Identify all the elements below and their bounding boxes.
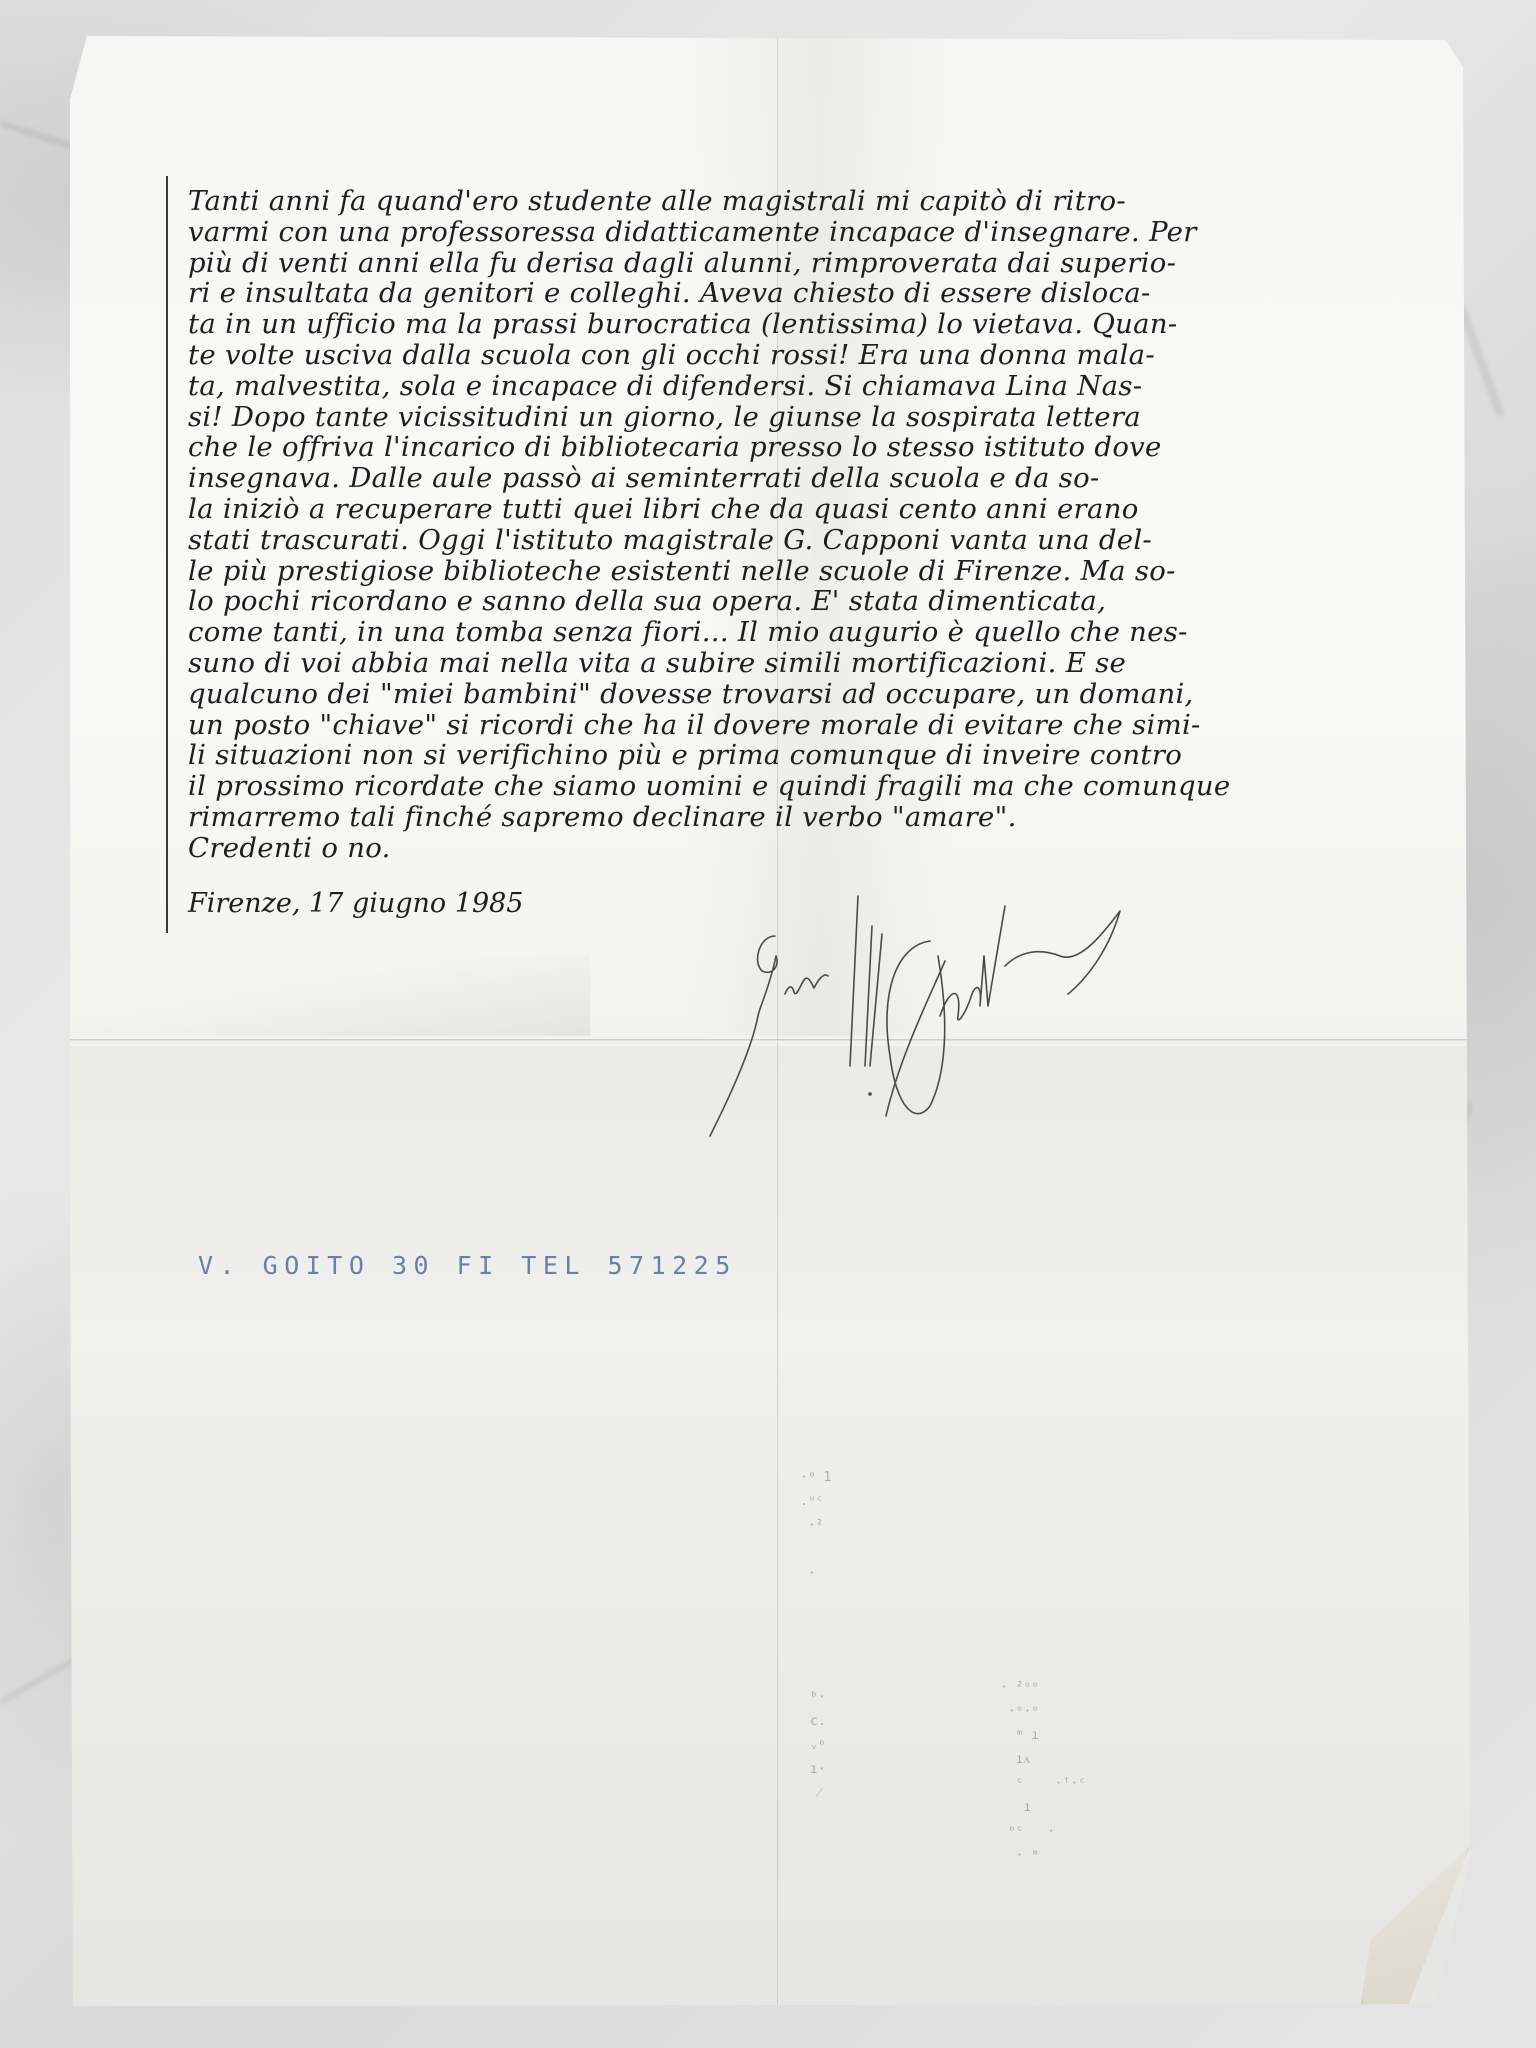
letter-line: si! Dopo tante vicissitudini un giorno, … — [188, 402, 1388, 433]
letter-line: rimarremo tali finché sapremo declinare … — [188, 802, 1388, 833]
letter-line: ta, malvestita, sola e incapace di difen… — [188, 371, 1388, 402]
bleed-through-marks: · ²ᵒᵒ ·ᵒ·ᵒ ᵐ ı ıᴧ ᶜ ·ᵗ·ᶜ ı ᵒᶜ · · ᵐ — [1000, 1676, 1086, 1868]
letter-line: più di venti anni ella fu derisa dagli a… — [188, 248, 1388, 279]
letter-line: un posto "chiave" si ricordi che ha il d… — [188, 710, 1388, 741]
letter-paper: Tanti anni fa quand'ero studente alle ma… — [70, 36, 1470, 2016]
letter-line: ri e insultata da genitori e colleghi. A… — [188, 278, 1388, 309]
letter-line: il prossimo ricordate che siamo uomini e… — [188, 771, 1388, 802]
letter-line: le più prestigiose biblioteche esistenti… — [188, 556, 1388, 587]
letter-line: la iniziò a recuperare tutti quei libri … — [188, 494, 1388, 525]
folded-corner — [1360, 1846, 1470, 2016]
address-stamp: V. GOITO 30 FI TEL 571225 — [198, 1251, 737, 1280]
letter-line: li situazioni non si verifichino più e p… — [188, 740, 1388, 771]
marble-vein — [0, 1655, 79, 1704]
bleed-through-marks: ᵇ· c. ᵥᵒ ı· ⁄ — [810, 1686, 826, 1806]
left-margin-line — [166, 176, 168, 933]
letter-line: che le offriva l'incarico di bibliotecar… — [188, 432, 1388, 463]
signature-scribble-icon — [700, 876, 1240, 1176]
letter-body: Tanti anni fa quand'ero studente alle ma… — [188, 186, 1388, 864]
letter-line: varmi con una professoressa didatticamen… — [188, 217, 1388, 248]
letter-line: qualcuno dei "miei bambini" dovesse trov… — [188, 679, 1388, 710]
letter-line: insegnava. Dalle aule passò ai seminterr… — [188, 463, 1388, 494]
paper-shadow — [70, 1046, 1470, 2006]
bleed-through-marks: ·ᵅ 1 .ᵘᶜ ·² · — [800, 1466, 831, 1586]
letter-line: Credenti o no. — [188, 833, 1388, 864]
paper-shadow — [70, 956, 590, 1036]
letter-line: stati trascurati. Oggi l'istituto magist… — [188, 525, 1388, 556]
place-and-date: Firenze, 17 giugno 1985 — [188, 888, 523, 919]
letter-line: suno di voi abbia mai nella vita a subir… — [188, 648, 1388, 679]
letter-line: Tanti anni fa quand'ero studente alle ma… — [188, 186, 1388, 217]
letter-line: come tanti, in una tomba senza fiori... … — [188, 617, 1388, 648]
letter-line: te volte usciva dalla scuola con gli occ… — [188, 340, 1388, 371]
letter-line: ta in un ufficio ma la prassi burocratic… — [188, 309, 1388, 340]
letter-line: lo pochi ricordano e sanno della sua ope… — [188, 586, 1388, 617]
signature: Giuseppe Qualtieri — [700, 876, 1240, 1176]
